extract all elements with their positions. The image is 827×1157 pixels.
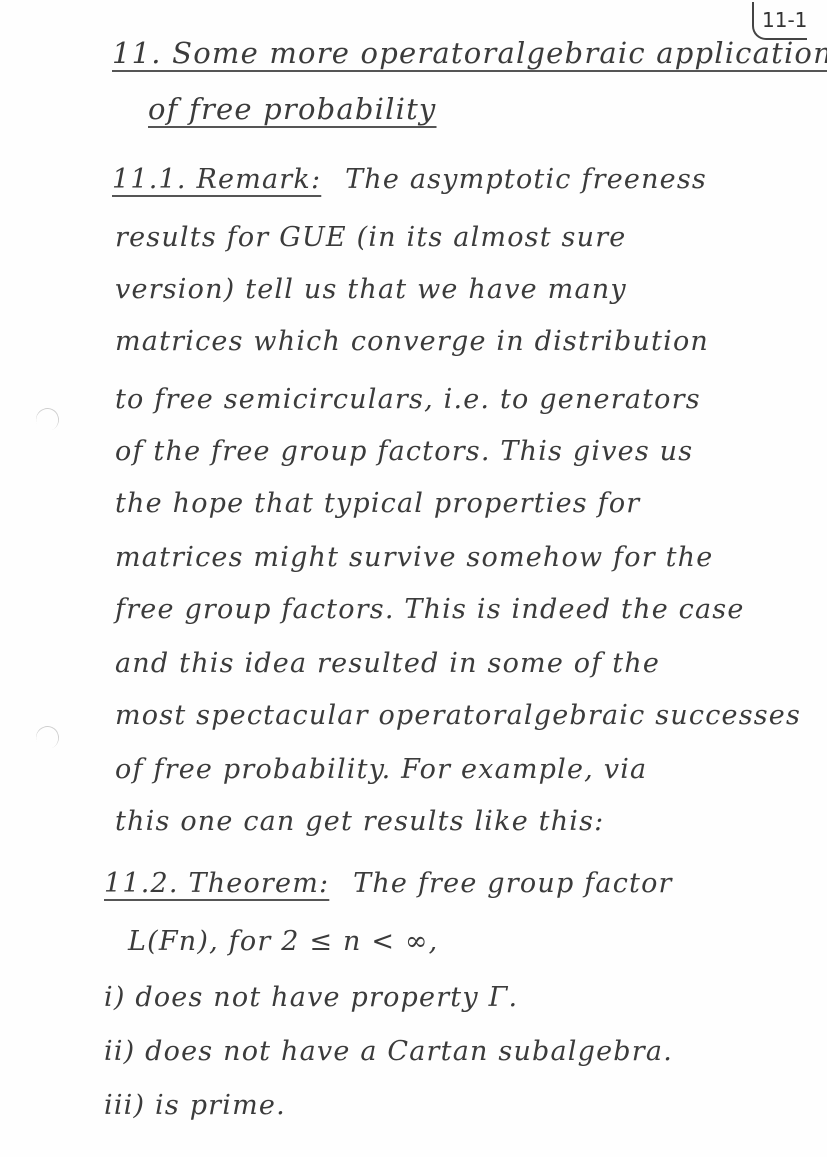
remark-line: of free probability. For example, via — [115, 754, 647, 785]
remark-line: free group factors. This is indeed the c… — [115, 594, 745, 625]
page-number: 11-1 — [752, 2, 807, 40]
remark-line: matrices which converge in distribution — [115, 326, 709, 357]
theorem-item: iii) is prime. — [104, 1090, 286, 1121]
remark-line: the hope that typical properties for — [115, 488, 640, 519]
remark-label: 11.1. Remark: — [112, 164, 321, 195]
punch-hole-mark — [33, 405, 62, 434]
theorem-text: The free group factor — [353, 868, 673, 899]
remark-text: The asymptotic freeness — [345, 164, 707, 195]
theorem-first-line: 11.2. Theorem: The free group factor — [104, 868, 673, 899]
handwritten-page: 11-1 11. Some more operatoralgebraic app… — [0, 0, 827, 1157]
remark-line: this one can get results like this: — [115, 806, 604, 837]
remark-line: results for GUE (in its almost sure — [115, 222, 626, 253]
theorem-item: i) does not have property Γ. — [104, 982, 518, 1013]
remark-line: to free semicirculars, i.e. to generator… — [115, 384, 701, 415]
section-title-line-2: of free probability — [148, 92, 437, 126]
punch-hole-mark — [33, 723, 62, 752]
remark-line: version) tell us that we have many — [115, 274, 627, 305]
remark-line: matrices might survive somehow for the — [115, 542, 713, 573]
remark-first-line: 11.1. Remark: The asymptotic freeness — [112, 164, 707, 195]
remark-line: of the free group factors. This gives us — [115, 436, 693, 467]
remark-line: and this idea resulted in some of the — [115, 648, 660, 679]
remark-line: most spectacular operatoralgebraic succe… — [115, 700, 801, 731]
theorem-item: ii) does not have a Cartan subalgebra. — [104, 1036, 673, 1067]
theorem-line: L(Fn), for 2 ≤ n < ∞, — [128, 926, 438, 957]
theorem-label: 11.2. Theorem: — [104, 868, 329, 899]
section-title-line-1: 11. Some more operatoralgebraic applicat… — [112, 36, 827, 70]
